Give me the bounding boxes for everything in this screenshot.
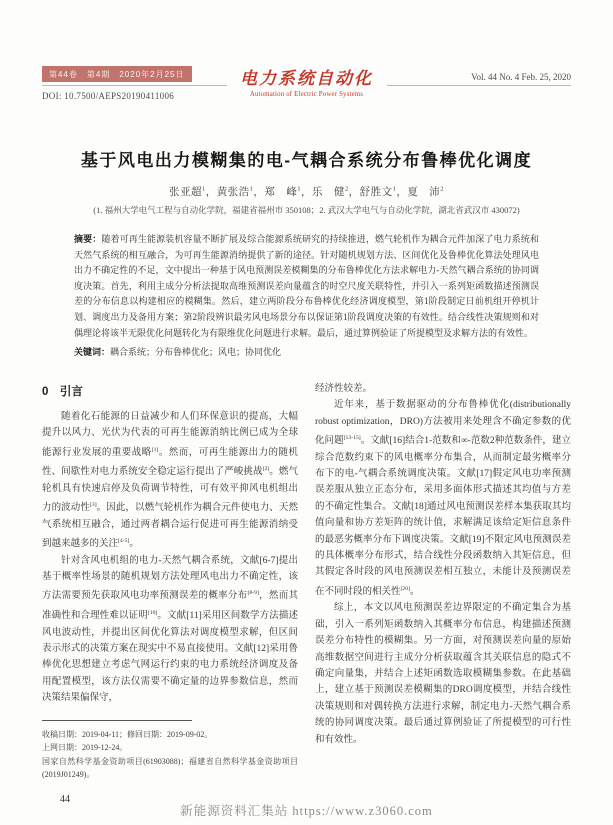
doi-text: DOI: 10.7500/AEPS20190411006 <box>42 91 174 101</box>
body-paragraph: 经济性较差。 <box>315 381 571 397</box>
footnote-received-date: 收稿日期：2019-04-11；修回日期：2019-09-02。 <box>42 728 298 742</box>
authors-line: 张亚超1，黄张浩1，郑 峰1，乐 健2，舒胜文1，夏 沛2 <box>42 184 571 199</box>
volume-info: Vol. 44 No. 4 Feb. 25, 2020 <box>471 72 571 82</box>
footnote-block: 收稿日期：2019-04-11；修回日期：2019-09-02。 上网日期：20… <box>42 720 298 782</box>
body-paragraph: 综上，本文以风电预测误差边界限定的不确定集合为基础，引入一系列矩函数纳入其概率分… <box>315 600 571 748</box>
journal-name-cn: 电力系统自动化 <box>240 64 373 89</box>
keywords-text: 耦合系统；分布鲁棒优化；风电；协同优化 <box>110 347 281 357</box>
watermark-text: 新能源资料汇集站 https://www.z3060.com <box>0 801 613 819</box>
right-column: 经济性较差。 近年来，基于数据驱动的分布鲁棒优化(distributionall… <box>315 381 571 782</box>
body-paragraph: 针对含风电机组的电力-天然气耦合系统，文献[6-7]提出基于概率性场景的随机规划… <box>42 553 298 707</box>
keywords-label: 关键词： <box>74 347 110 357</box>
issue-info-box: 第44卷 第4期 2020年2月25日 <box>42 66 192 82</box>
header-rule-right <box>387 85 572 86</box>
abstract-text: 随着可再生能源装机容量不断扩展及综合能源系统研究的持续推进，燃气轮机作为耦合元件… <box>74 234 539 338</box>
footnote-funding: 国家自然科学基金资助项目(61903088)；福建省自然科学基金资助项目(201… <box>42 755 298 782</box>
abstract-label: 摘要： <box>74 234 101 244</box>
affiliation-line: (1. 福州大学电气工程与自动化学院，福建省福州市 350108；2. 武汉大学… <box>42 204 571 216</box>
body-paragraph: 近年来，基于数据驱动的分布鲁棒优化(distributionally robus… <box>315 397 571 600</box>
footnote-online-date: 上网日期：2019-12-24。 <box>42 741 298 755</box>
header-rule-left <box>42 85 227 86</box>
abstract-block: 摘要：随着可再生能源装机容量不断扩展及综合能源系统研究的持续推进，燃气轮机作为耦… <box>74 232 539 361</box>
two-column-body: 0 引言 随着化石能源的日益减少和人们环保意识的提高，大幅提升以风力、光伏为代表… <box>42 381 571 782</box>
paper-title: 基于风电出力模糊集的电-气耦合系统分布鲁棒优化调度 <box>42 146 571 171</box>
left-column: 0 引言 随着化石能源的日益减少和人们环保意识的提高，大幅提升以风力、光伏为代表… <box>42 381 298 782</box>
section-heading-introduction: 0 引言 <box>42 383 298 399</box>
journal-name-en: Automation of Electric Power Systems <box>240 91 373 98</box>
footnote-divider <box>42 720 192 721</box>
journal-logo: 电力系统自动化 Automation of Electric Power Sys… <box>240 64 373 98</box>
body-paragraph: 随着化石能源的日益减少和人们环保意识的提高，大幅提升以风力、光伏为代表的可再生能… <box>42 409 298 553</box>
abstract-paragraph: 摘要：随着可再生能源装机容量不断扩展及综合能源系统研究的持续推进，燃气轮机作为耦… <box>74 232 539 341</box>
keywords-paragraph: 关键词：耦合系统；分布鲁棒优化；风电；协同优化 <box>74 345 539 361</box>
paper-page: 第44卷 第4期 2020年2月25日 电力系统自动化 Automation o… <box>0 0 613 825</box>
journal-header: 第44卷 第4期 2020年2月25日 电力系统自动化 Automation o… <box>42 64 571 116</box>
